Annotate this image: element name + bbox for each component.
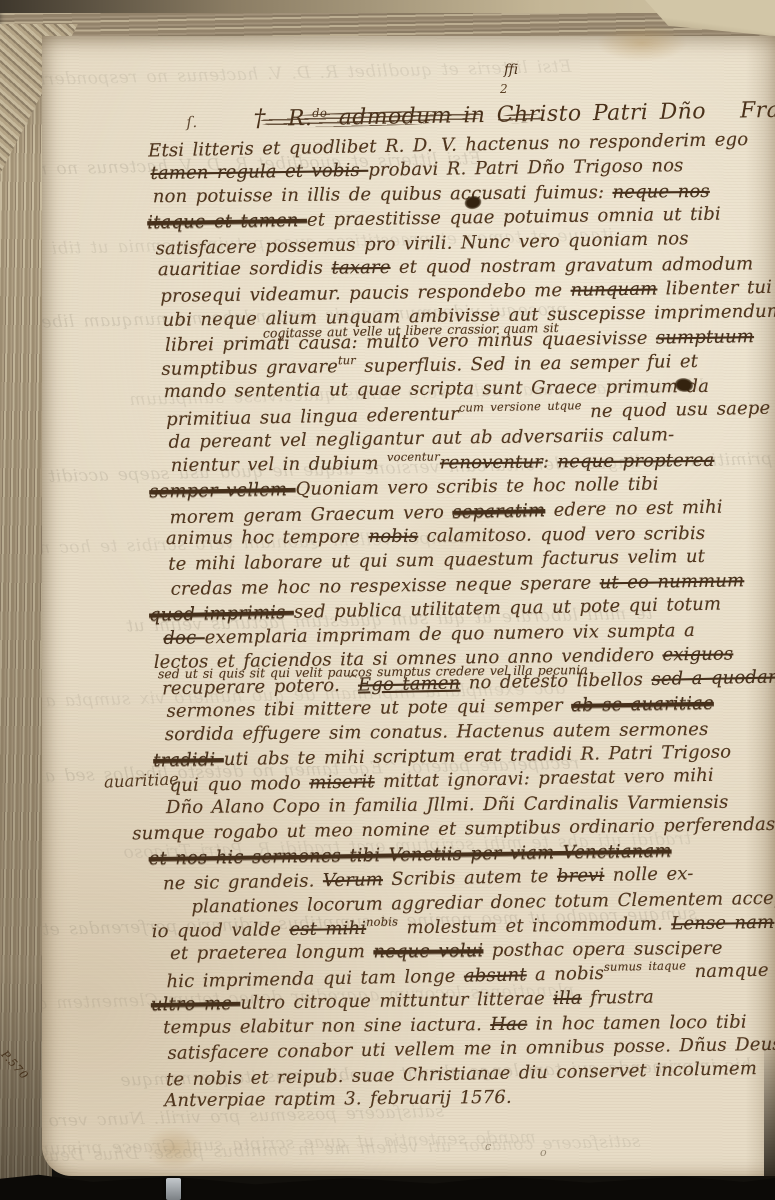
manuscript-text: nientur vel in dubium — [171, 453, 387, 476]
letter-body: Etsi litteris et quodlibet R. D. V. hact… — [152, 128, 775, 1115]
manuscript-text: R. — [288, 106, 313, 131]
manuscript-text: edere no est mihi — [545, 496, 723, 520]
deleted-text: taxare — [331, 257, 390, 279]
interlinear-insertion: tur — [338, 353, 356, 367]
deleted-text: ab se auaritiae — [571, 693, 714, 716]
cross-icon: † — [253, 104, 266, 132]
manuscript-text: Dño Alano Copo in familia Jllmi. Dñi Car… — [166, 792, 729, 818]
interlinear-insertion: sumus itaque — [604, 958, 686, 974]
manuscript-text: molestum et incommodum. — [398, 913, 671, 938]
pencil-mark: c — [485, 1140, 491, 1153]
manuscript-text: et praeterea longum — [170, 942, 374, 965]
manuscript-text: calamitoso. quod vero scribis — [418, 523, 705, 547]
manuscript-text: Antverpiae raptim 3. februarij 1576. — [164, 1087, 512, 1111]
manuscript-text: frustra — [582, 987, 654, 1009]
deleted-text: neque propterea — [557, 450, 714, 473]
manuscript-text: admodum in Christo Patri Dño Francisco T… — [327, 95, 775, 131]
deleted-text: brevi — [557, 865, 605, 887]
deleted-text: semper vellem — [149, 479, 296, 502]
deleted-text: exiguos — [662, 644, 733, 666]
deleted-text: nunquam — [570, 278, 657, 300]
deleted-text: renoventur — [440, 451, 543, 473]
manuscript-text: mittat ignoravi: praestat vero mihi — [374, 765, 714, 793]
manuscript-text: hic imprimenda qui tam longe — [166, 965, 464, 992]
deleted-text: Verum — [323, 869, 383, 891]
manuscript-text: Quoniam vero scribis te hoc nolle tibi — [295, 474, 658, 500]
page-edge-shadow — [764, 1036, 775, 1186]
manuscript-text: recuperare potero. — [162, 674, 348, 699]
manuscript-text: sordida effugere sim conatus. Hactenus a… — [165, 718, 709, 744]
manuscript-text: auaritiae sordidis — [158, 258, 332, 281]
manuscript-text: namque — [686, 960, 769, 983]
deleted-text: Ego tamen — [358, 672, 461, 695]
deleted-text: nobis — [368, 526, 418, 547]
manuscript-text: io quod valde — [152, 919, 290, 942]
deleted-text: Lense nam — [671, 912, 774, 935]
heading-text: R.do admodum in Christo Patri Dño Franci… — [288, 95, 775, 132]
interlinear-insertion: do — [312, 106, 327, 120]
deleted-text: tamen regula et vobis — [150, 160, 368, 184]
heading-abbreviation: ffi — [504, 62, 518, 78]
manuscript-text: ne sic grandeis. — [163, 870, 323, 894]
interlinear-insertion: nobis — [366, 914, 398, 928]
deleted-text: illa — [553, 988, 582, 1009]
manuscript-text: posthac opera suscipere — [483, 938, 722, 961]
manuscript-text: probavi R. Patri Dño Trigoso nos — [368, 156, 684, 182]
correction-mark: 2 — [500, 82, 508, 96]
deleted-text: itaque et tamen — [147, 210, 307, 233]
manuscript-text: Scribis autem te — [383, 866, 557, 890]
manuscript-text: superfluis. Sed in ea semper fui et — [356, 351, 698, 377]
interlinear-insertion: ^ — [348, 671, 358, 685]
manuscript-text: non potuisse in illis de quibus accusati… — [153, 182, 613, 207]
manuscript-text: qui quo modo — [169, 773, 309, 797]
manuscript-text: sumptibus gravare — [161, 356, 338, 380]
manuscript-text: libenter tui — [657, 276, 772, 299]
manuscript-text: a nobis — [526, 963, 604, 985]
deleted-text: ut eo nummum — [600, 570, 745, 593]
deleted-text: est mihi — [289, 918, 366, 940]
deleted-text: doc — [163, 627, 205, 649]
manuscript-text: tempus elabitur non sine iactura. — [163, 1014, 490, 1038]
deleted-text: sed a quodam — [651, 666, 775, 690]
manuscript-text: ne quod usu saepe accidit — [582, 396, 775, 422]
deleted-text: sumptuum — [656, 326, 754, 348]
deleted-text: miserit — [309, 772, 375, 794]
manuscript-text: et quod nostram gravatum admodum — [390, 254, 753, 278]
margin-mark: ſ. — [186, 113, 197, 131]
deleted-text: neque volui — [373, 941, 483, 963]
manuscript-text: primitiua sua lingua ederentur — [166, 403, 459, 430]
deleted-text: absunt — [464, 964, 527, 986]
manuscript-scan: Etsi litteris et quodlibet R. D. V. hact… — [0, 0, 775, 1200]
interlinear-insertion: vocentur — [387, 449, 440, 464]
margin-note: auaritiae — [104, 769, 180, 791]
manuscript-text: in hoc tamen loco tibi — [527, 1011, 747, 1034]
manuscript-text: no detesto libellos — [460, 669, 651, 694]
manuscript-page: Etsi litteris et quodlibet R. D. V. hact… — [42, 36, 775, 1176]
deleted-text: quod imprimis — [149, 602, 294, 626]
manuscript-text: : — [543, 451, 558, 472]
deleted-text: ultro me — [151, 993, 241, 1015]
deleted-text: neque nos — [612, 181, 709, 203]
manuscript-text: prosequi videamur. paucis respondebo me — [160, 279, 571, 306]
interlinear-insertion: cum versione utque — [459, 398, 582, 414]
deleted-text: separatim — [452, 500, 545, 523]
deleted-text: tradidi — [153, 749, 224, 771]
holder-clip — [166, 1178, 181, 1200]
manuscript-text: animus hoc tempore — [166, 526, 369, 549]
pencil-mark: o — [540, 1146, 547, 1159]
deleted-text: Hac — [490, 1013, 527, 1034]
manuscript-text: nolle ex- — [604, 863, 693, 886]
